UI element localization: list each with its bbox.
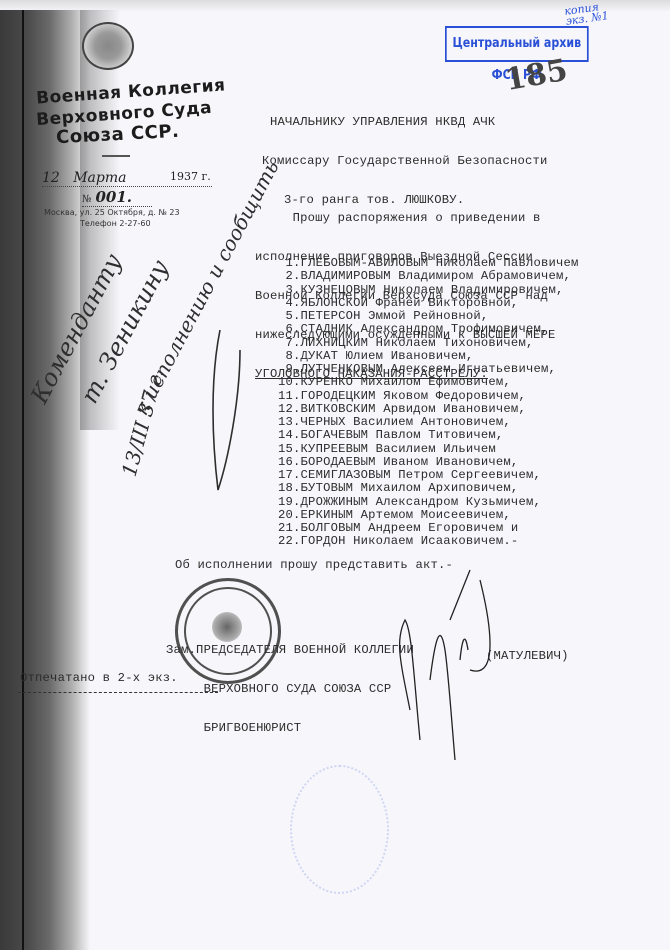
convicted-entry: 20.ЕРКИНЫМ Артемом Моисеевичем, <box>278 509 579 522</box>
document-page: Военная Коллегия Верховного Суда Союза С… <box>0 0 670 950</box>
convicted-entry: 8.ДУКАТ Юлием Ивановичем, <box>278 350 579 363</box>
convicted-entry: 9.ЛУТЧЕНКОВЫМ Алексеем Игнатьевичем, <box>278 363 579 376</box>
convicted-entry: 17.СЕМИГЛАЗОВЫМ Петром Сергеевичем, <box>278 469 579 482</box>
resolution-date: 13/III 37 г. <box>117 366 169 479</box>
convicted-entry: 11.ГОРОДЕЦКИМ Яковом Федоровичем, <box>278 390 579 403</box>
convicted-list: 1.ГЛЕБОВЫМ-АВИЛОВЫМ Николаем Павловичем … <box>278 257 579 549</box>
convicted-entry: 16.БОРОДАЕВЫМ Иваном Ивановичем, <box>278 456 579 469</box>
convicted-entry: 2.ВЛАДИМИРОВЫМ Владимиром Абрамовичем, <box>278 270 579 283</box>
convicted-entry: 13.ЧЕРНЫХ Василием Антоновичем, <box>278 416 579 429</box>
convicted-entry: 22.ГОРДОН Николаем Исааковичем.- <box>278 535 579 548</box>
copy-handwritten-note: копия экз. №1 <box>564 1 610 27</box>
resolution-signature <box>200 320 260 500</box>
convicted-entry: 12.ВИТКОВСКИМ Арвидом Ивановичем, <box>278 403 579 416</box>
convicted-entry: 15.КУПРЕЕВЫМ Василием Ильичем <box>278 443 579 456</box>
convicted-entry: 1.ГЛЕБОВЫМ-АВИЛОВЫМ Николаем Павловичем <box>278 257 579 270</box>
convicted-entry: 18.БУТОВЫМ Михаилом Архиповичем, <box>278 482 579 495</box>
printed-copies-note: Отпечатано в 2-х экз. <box>20 672 178 685</box>
convicted-entry: 21.БОЛГОВЫМ Андреем Егоровичем и <box>278 522 579 535</box>
signature-scribble <box>350 560 510 770</box>
copy-note-line-2: экз. №1 <box>565 11 609 27</box>
ussr-emblem-icon <box>82 22 134 70</box>
archive-stamp: Центральный архив ФСБ РФ <box>445 26 589 62</box>
convicted-entry: 6.СТАДНИК Александром Трофимовичем, <box>278 323 579 336</box>
convicted-entry: 7.ЛИХНИЦКИМ Николаем Тихоновичем, <box>278 337 579 350</box>
convicted-entry: 10.КУРЕНКО Михаилом Ефимовичем, <box>278 376 579 389</box>
convicted-entry: 5.ПЕТЕРСОН Эммой Рейновной, <box>278 310 579 323</box>
convicted-entry: 14.БОГАЧЕВЫМ Павлом Титовичем, <box>278 429 579 442</box>
convicted-entry: 3.КУЗНЕЦОВЫМ Николаем Владимировичем, <box>278 284 579 297</box>
dashed-rule <box>18 692 218 693</box>
faint-backside-seal <box>290 765 389 894</box>
scan-binding-line <box>22 10 24 950</box>
convicted-entry: 4.ЯБЛОНСКОЙ Франей Викторовной, <box>278 297 579 310</box>
convicted-entry: 19.ДРОЖЖИНЫМ Александром Кузьмичем, <box>278 496 579 509</box>
handwritten-resolution: Коменданту т. Зеникину к исполнению и со… <box>40 120 320 500</box>
